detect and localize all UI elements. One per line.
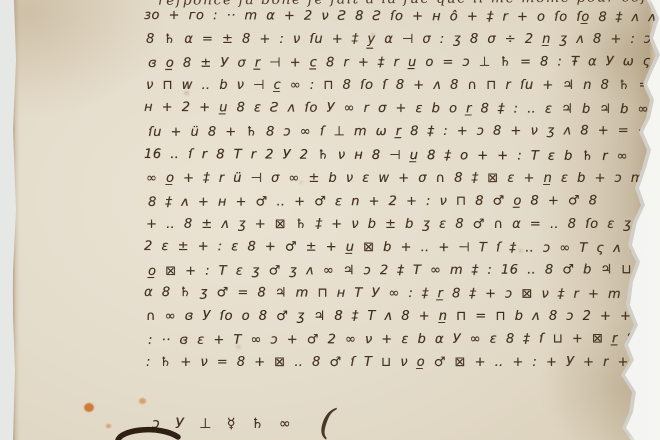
paper-left-edge bbox=[13, 0, 20, 440]
cipher-line: 2 ɛ ± + : ɛ 8 + ♂ ± + u̲ ⊠ b + ‥ + ⊣ T ſ… bbox=[144, 239, 649, 264]
manuscript-page: reſponce ſa bõne ſe fait a la ſuẽ que il… bbox=[0, 0, 660, 440]
cipher-line: + ‥ 8 ± ʌ ʒ + ⊠ ♄ ‡ + ν b ± b ʒ ɛ 8 ♂ ∩ … bbox=[146, 217, 651, 240]
cipher-line: ν ⊓ w ‥ b ν ⊣ c̲ ∞ : ⊓ 8 ſo ſ 8 + ʌ 8 ∩ … bbox=[146, 78, 651, 101]
ink-stain bbox=[106, 424, 111, 428]
flourish-mark: ( bbox=[317, 401, 339, 440]
cipher-text-block: зо + го : ·· m α + 2 ν Ƨ 8 Ƨ ſo + ʜ ô + … bbox=[146, 9, 651, 379]
foxing-spot bbox=[371, 33, 375, 37]
cipher-line: 8 ‡ ʌ + ʜ + ♂ ‥ + ♂ ɛ n + 2 + : ν ⊓ 8 ♂ … bbox=[148, 193, 653, 218]
foxing-spot bbox=[299, 181, 303, 184]
cipher-line: зо + го : ·· m α + 2 ν Ƨ 8 Ƨ ſo + ʜ ô + … bbox=[144, 8, 649, 33]
cipher-line: ſu + ü 8 + ♄ 8 ɔ ∞ ſ ⊥ m ω r̲ 8 ‡ : + ɔ … bbox=[148, 124, 653, 149]
signature-stroke-partial bbox=[110, 424, 190, 440]
cipher-line: ʜ + 2 + u̲ 8 ɛ Ƨ ʌ ſo У ∞ r σ + ɛ b o r̲… bbox=[144, 100, 649, 125]
foxing-spot bbox=[518, 249, 523, 253]
ink-stain bbox=[139, 398, 146, 404]
cipher-line: o̲ ⊠ + : T ɛ ʒ ♂ ʒ ʌ ∞ ♃ ɔ 2 ‡ T ∞ m ‡ :… bbox=[148, 262, 653, 287]
foxing-spot bbox=[236, 345, 241, 349]
cipher-line: : ♄ + ν = 8 + ⊠ ‥ 8 ♂ ſ T ⊔ ν o̲ ♂ ⊠ + ‥… bbox=[146, 355, 651, 378]
foxing-spot bbox=[184, 91, 189, 95]
cipher-line: : ·· ɞ ɛ + T ∞ ɔ + ♂ 2 ∞ ν + ɛ b α У ∞ ɛ… bbox=[148, 331, 653, 356]
cipher-line: ∩ ∞ ɞ У ſo o 8 ♂ ʒ ♃ 8 ‡ T ʌ 8 + n̲ ⊓ = … bbox=[146, 309, 651, 332]
cipher-line: 16 ‥ ſ r 8 T r 2 У 2 ♄ ν ʜ 8 ⊣ u̲ 8 ‡ o … bbox=[144, 146, 649, 171]
cipher-line: α 8 ♄ ʒ ♂ = 8 ♃ m ⊓ ʜ T У ∞ : ‡ r̲ 8 ‡ +… bbox=[144, 285, 649, 310]
cipher-line: ∞ o̲ + ‡ r ü ⊣ σ ∞ ± b ν ɛ w + σ ∩ 8 ‡ ⊠… bbox=[146, 171, 651, 194]
cipher-line: ɞ o̲ 8 ± У σ r̲ ⊣ + c̲ 8 r + ‡ r u̲ o = … bbox=[148, 54, 653, 79]
cipher-line: 8 ♄ α = ± 8 + : ν ſu + ‡ y̲ α ⊣ σ : ʒ 8 … bbox=[146, 32, 651, 55]
photo-background: reſponce ſa bõne ſe fait a la ſuẽ que il… bbox=[0, 0, 660, 440]
ink-stain bbox=[84, 403, 94, 412]
